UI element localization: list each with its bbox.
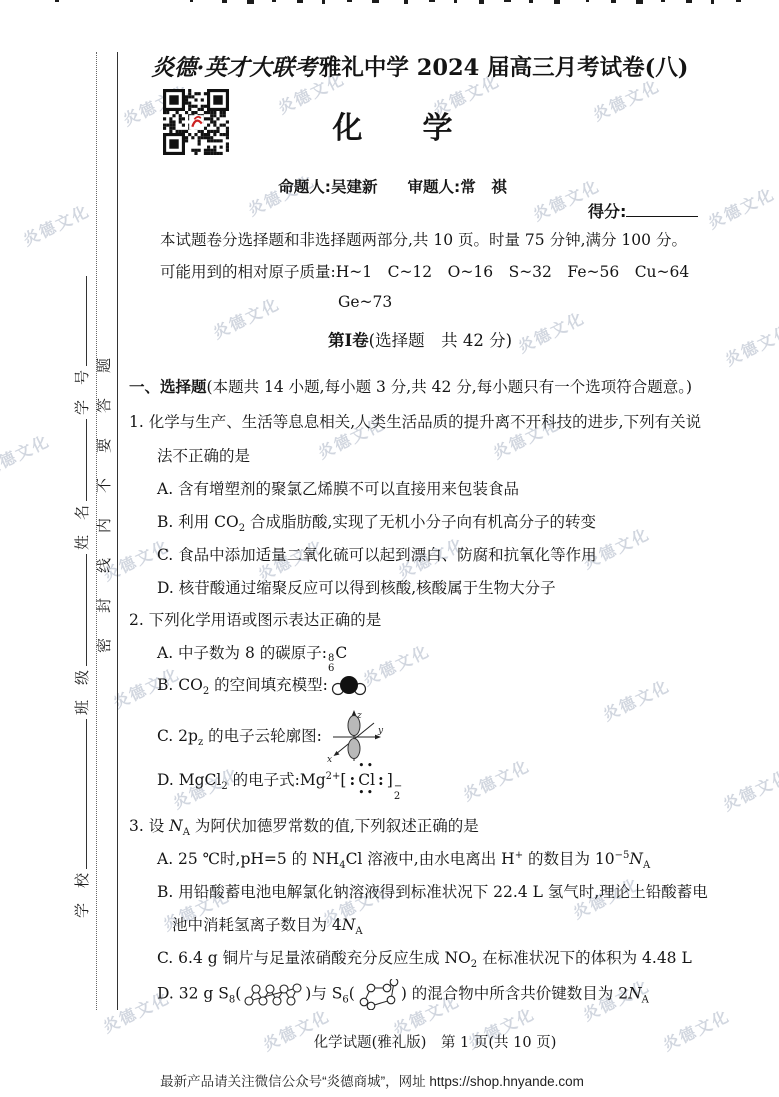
student-field-label: 学 校 [73,873,91,918]
co2-space-filling-model [330,674,368,698]
student-field-label: 班 级 [73,670,91,715]
mgcl2-electron-formula: Mg2+[:••Cl••:]−2 [300,771,402,789]
cut-mark [554,0,560,4]
cut-mark [711,0,714,4]
cut-mark [611,0,616,3]
notes-line-2: 可能用到的相对原子质量:H~1 C~12 O~16 S~32 Fe~56 Cu~… [160,261,689,284]
seal-solid-line [117,52,118,1010]
exam-page: 炎德文化炎德文化炎德文化炎德文化炎德文化炎德文化炎德文化炎德文化炎德文化炎德文化… [0,0,779,1097]
q1-stem-2: 法不正确的是 [157,445,250,468]
q3-stem: 3. 设 NA 为阿伏加德罗常数的值,下列叙述正确的是 [129,815,479,838]
cut-mark [736,0,741,2]
watermark-text: 炎德文化 [719,763,779,815]
exam-title: 炎德·英才大联考雅礼中学 2024 届高三月考试卷(八) [120,50,720,82]
watermark-text: 炎德文化 [599,673,674,725]
q1-stem-1: 1. 化学与生产、生活等息息相关,人类生活品质的提升离不开科技的进步,下列有关说 [129,411,701,434]
q1-option-c: C. 食品中添加适量二氧化硫可以起到漂白、防腐和抗氧化等作用 [157,544,597,567]
page-footer: 化学试题(雅礼版) 第 1 页(共 10 页) [120,1031,750,1052]
reviewer-label: 审题人:常 祺 [408,178,507,196]
isotope-notation: 86 [328,654,334,674]
svg-text:y: y [377,726,384,736]
cut-mark [454,0,457,3]
exam-title-text: 雅礼中学 2024 届高三月考试卷(八) [319,55,689,81]
svg-text:z: z [356,711,362,721]
promo-text: 最新产品请关注微信公众号“炎德商城”，网址 https://shop.hnyan… [0,1070,744,1090]
notes-line-1: 本试题卷分选择题和非选择题两部分,共 10 页。时量 75 分钟,满分 100 … [160,229,687,252]
watermark-text: 炎德文化 [459,753,534,805]
cut-mark [479,0,484,4]
q1-option-b: B. 利用 CO2 合成脂肪酸,实现了无机小分子向有机高分子的转变 [157,511,596,534]
cut-mark [504,0,511,2]
watermark-text: 炎德文化 [704,181,779,233]
cut-mark [190,0,193,2]
cut-mark [55,0,59,2]
seal-line-text: 密 封 线 内 不 要 答 题 [93,348,115,658]
s8-molecule-diagram [243,981,303,1009]
svg-text:x: x [327,755,332,764]
q3-option-c: C. 6.4 g 铜片与足量浓硝酸充分反应生成 NO2 在标准状况下的体积为 4… [157,947,692,970]
subject-title: 化 学 [120,103,665,147]
cut-mark [222,0,227,3]
cut-mark [272,0,276,2]
cut-mark [247,0,254,4]
setter-label: 命题人:吴建新 [278,178,377,196]
2pz-orbital-diagram: z y x [324,710,384,764]
score-blank [626,201,698,217]
q3-option-b-1: B. 用铅酸蓄电池电解氯化钠溶液得到标准状况下 22.4 L 氢气时,理论上铅酸… [157,881,708,904]
cut-mark [429,0,435,2]
watermark-text: 炎德文化 [721,318,779,370]
cut-mark [347,0,352,2]
q2-option-b: B. CO2 的空间填充模型: [157,674,370,698]
student-field-blank [71,276,87,366]
q3-option-b-2: 池中消耗氢离子数目为 4NA [172,914,363,937]
notes-line-3: Ge~73 [338,291,392,314]
cut-mark [372,0,379,3]
section-1-instructions: 一、选择题(本题共 14 小题,每小题 3 分,共 42 分,每小题只有一个选项… [129,375,692,399]
cut-mark [529,0,533,3]
score-field: 得分: [588,199,698,222]
student-field-blank [71,419,87,501]
score-label: 得分: [588,202,626,221]
s6-molecule-diagram [357,979,399,1010]
q1-option-d: D. 核苷酸通过缩聚反应可以得到核酸,核酸属于生物大分子 [157,577,556,600]
q2-option-a: A. 中子数为 8 的碳原子:86C [157,642,347,674]
cut-mark [686,0,692,3]
cut-mark [404,0,408,4]
q3-option-d: D. 32 g S8()与 S6() 的混合物中所含共价键数目为 2NA [157,979,649,1010]
cut-mark [661,0,665,2]
section-1-title: 第Ⅰ卷(选择题 共 42 分) [120,329,720,352]
student-info-fields: 学 校班 级姓 名学 号 [71,222,93,918]
cut-mark [586,0,589,2]
student-field-blank [71,554,87,666]
q1-option-a: A. 含有增塑剂的聚氯乙烯膜不可以直接用来包装食品 [157,478,519,501]
watermark-text: 炎德文化 [0,428,53,480]
cut-mark [322,0,325,4]
cut-mark [636,0,643,4]
exam-authors: 命题人:吴建新审题人:常 祺 [120,175,665,197]
student-field-label: 学 号 [73,370,91,415]
cut-mark [297,0,303,3]
student-field-label: 姓 名 [73,505,91,550]
q2-stem: 2. 下列化学用语或图示表达正确的是 [129,609,381,632]
exam-series-brand: 炎德·英才大联考 [152,55,317,81]
student-field-blank [71,719,87,869]
q2-option-c: C. 2pz 的电子云轮廓图: z y x [157,710,386,764]
q3-option-a: A. 25 ℃时,pH=5 的 NH4Cl 溶液中,由水电离出 H+ 的数目为 … [157,848,650,871]
q2-option-d: D. MgCl2 的电子式:Mg2+[:••Cl••:]−2 [157,768,402,801]
